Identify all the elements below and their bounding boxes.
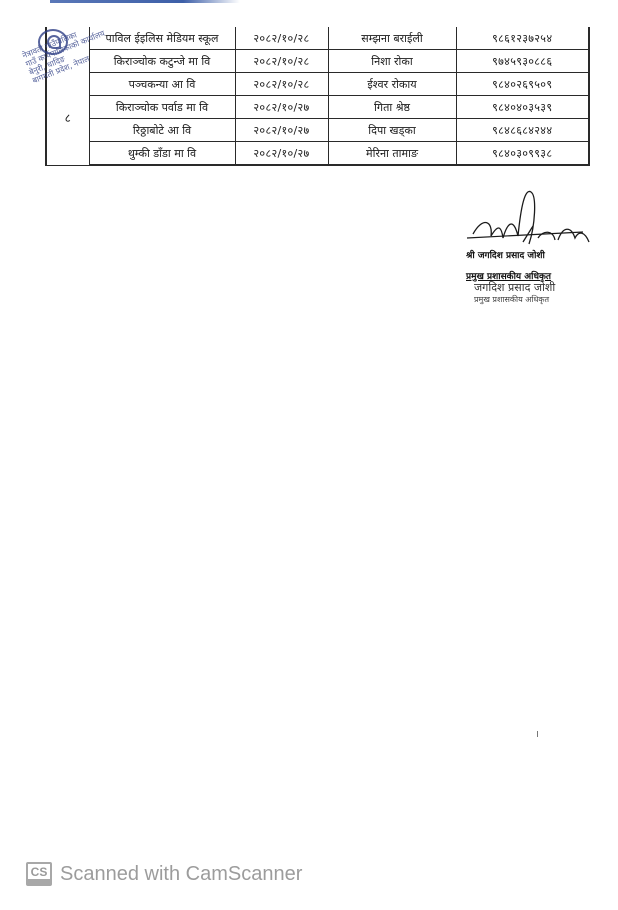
phone-number: ९८४०४०३५३९	[456, 96, 589, 119]
table-row: पञ्चकन्या आ वि २०८२/१०/२८ ईश्वर रोकाय ९८…	[46, 73, 589, 96]
camscanner-watermark: CS Scanned with CamScanner	[26, 862, 302, 886]
school-name: रिठ्ठाबोटे आ वि	[89, 119, 235, 142]
signatory-block: श्री जगदिश प्रसाद जोशी प्रमुख प्रशासकीय …	[466, 248, 596, 305]
handwritten-signature	[463, 186, 593, 256]
scan-edge	[50, 0, 240, 3]
phone-number: ९८४८६८४२४४	[456, 119, 589, 142]
phone-number: ९७४५९३०८८६	[456, 50, 589, 73]
date: २०८२/१०/२७	[235, 142, 328, 166]
person-name: सम्झना बराईली	[328, 27, 456, 50]
table-row: किराञ्चोक पर्वाड मा वि २०८२/१०/२७ गिता श…	[46, 96, 589, 119]
serial-number: ८	[46, 27, 89, 165]
name-stamp: जगदिश प्रसाद जोशी	[474, 282, 596, 294]
person-name: मेरिना तामाङ	[328, 142, 456, 166]
table-row: रिठ्ठाबोटे आ वि २०८२/१०/२७ दिपा खड्का ९८…	[46, 119, 589, 142]
phone-number: ९८४०३०९९३८	[456, 142, 589, 166]
person-name: गिता श्रेष्ठ	[328, 96, 456, 119]
signatory-name: श्री जगदिश प्रसाद जोशी	[466, 248, 596, 261]
school-contact-table: ८ पाविल ईइलिस मेडियम स्कूल २०८२/१०/२८ सम…	[45, 27, 590, 166]
camscanner-logo-icon: CS	[26, 862, 52, 886]
date: २०८२/१०/२७	[235, 119, 328, 142]
table-row: थुम्की डाँडा मा वि २०८२/१०/२७ मेरिना ताम…	[46, 142, 589, 166]
school-name: पाविल ईइलिस मेडियम स्कूल	[89, 27, 235, 50]
person-name: निशा रोका	[328, 50, 456, 73]
signature-icon	[463, 186, 593, 256]
school-name: किराञ्चोक पर्वाड मा वि	[89, 96, 235, 119]
logo-text: CS	[31, 865, 48, 879]
date: २०८२/१०/२८	[235, 73, 328, 96]
table-row: ८ पाविल ईइलिस मेडियम स्कूल २०८२/१०/२८ सम…	[46, 27, 589, 50]
stray-mark	[537, 731, 538, 737]
watermark-text: Scanned with CamScanner	[60, 863, 302, 886]
school-name: थुम्की डाँडा मा वि	[89, 142, 235, 166]
phone-number: ९८४०२६९५०९	[456, 73, 589, 96]
person-name: दिपा खड्का	[328, 119, 456, 142]
phone-number: ९८६१२३७२५४	[456, 27, 589, 50]
school-name: पञ्चकन्या आ वि	[89, 73, 235, 96]
school-name: किराञ्चोक कटुन्जे मा वि	[89, 50, 235, 73]
table-row: किराञ्चोक कटुन्जे मा वि २०८२/१०/२८ निशा …	[46, 50, 589, 73]
date: २०८२/१०/२८	[235, 50, 328, 73]
person-name: ईश्वर रोकाय	[328, 73, 456, 96]
date: २०८२/१०/२८	[235, 27, 328, 50]
title-stamp: प्रमुख प्रशासकीय अधिकृत	[474, 294, 596, 305]
date: २०८२/१०/२७	[235, 96, 328, 119]
